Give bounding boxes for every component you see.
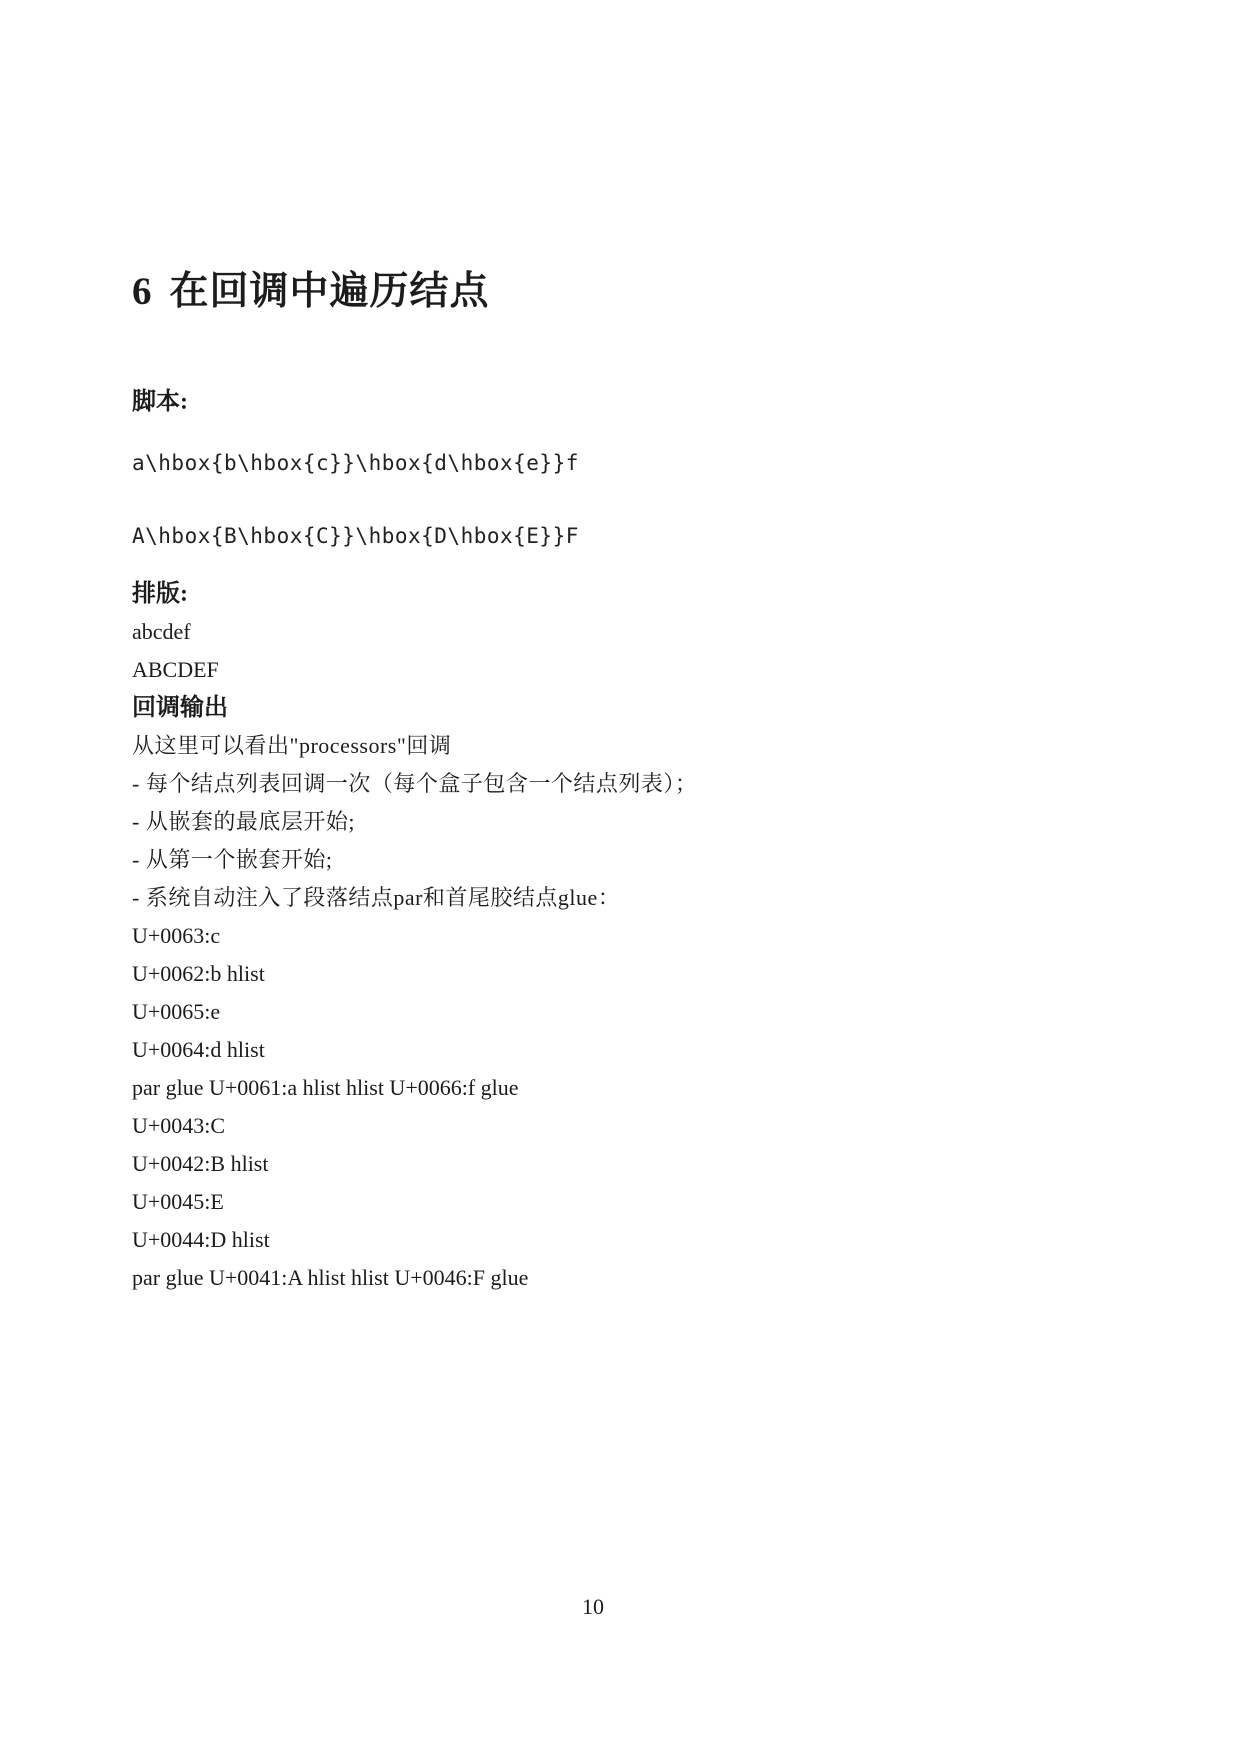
page-number: 10 — [0, 1594, 1186, 1620]
section-title: 在回调中遍历结点 — [170, 270, 490, 313]
callback-note-line: - 从嵌套的最底层开始; — [132, 803, 697, 841]
callback-output-line: U+0063:c — [132, 917, 697, 955]
document-page: 6在回调中遍历结点 脚本: a\hbox{b\hbox{c}}\hbox{d\h… — [0, 0, 1240, 1754]
body-text-block: 排版: abcdef ABCDEF 回调输出 从这里可以看出"processor… — [132, 575, 697, 1297]
callback-note-line: - 从第一个嵌套开始; — [132, 841, 697, 879]
callback-output-label: 回调输出 — [132, 689, 697, 727]
callback-output-line: U+0045:E — [132, 1183, 697, 1221]
callback-output-line: U+0065:e — [132, 993, 697, 1031]
section-heading: 6在回调中遍历结点 — [132, 260, 490, 316]
callback-note-line: - 系统自动注入了段落结点par和首尾胶结点glue： — [132, 879, 697, 917]
callback-output-line: U+0044:D hlist — [132, 1221, 697, 1259]
script-label: 脚本: — [132, 381, 188, 416]
code-line: A\hbox{B\hbox{C}}\hbox{D\hbox{E}}F — [132, 524, 579, 548]
callback-output-line: par glue U+0041:A hlist hlist U+0046:F g… — [132, 1259, 697, 1297]
code-line: a\hbox{b\hbox{c}}\hbox{d\hbox{e}}f — [132, 451, 579, 475]
typeset-result-line: abcdef — [132, 613, 697, 651]
callback-output-line: U+0043:C — [132, 1107, 697, 1145]
typeset-label: 排版: — [132, 575, 697, 613]
callback-intro-line: 从这里可以看出"processors"回调 — [132, 727, 697, 765]
callback-output-line: U+0042:B hlist — [132, 1145, 697, 1183]
callback-output-line: U+0064:d hlist — [132, 1031, 697, 1069]
callback-output-line: par glue U+0061:a hlist hlist U+0066:f g… — [132, 1069, 697, 1107]
section-number: 6 — [132, 270, 152, 313]
typeset-result-line: ABCDEF — [132, 651, 697, 689]
callback-note-line: - 每个结点列表回调一次（每个盒子包含一个结点列表）； — [132, 765, 697, 803]
callback-output-line: U+0062:b hlist — [132, 955, 697, 993]
